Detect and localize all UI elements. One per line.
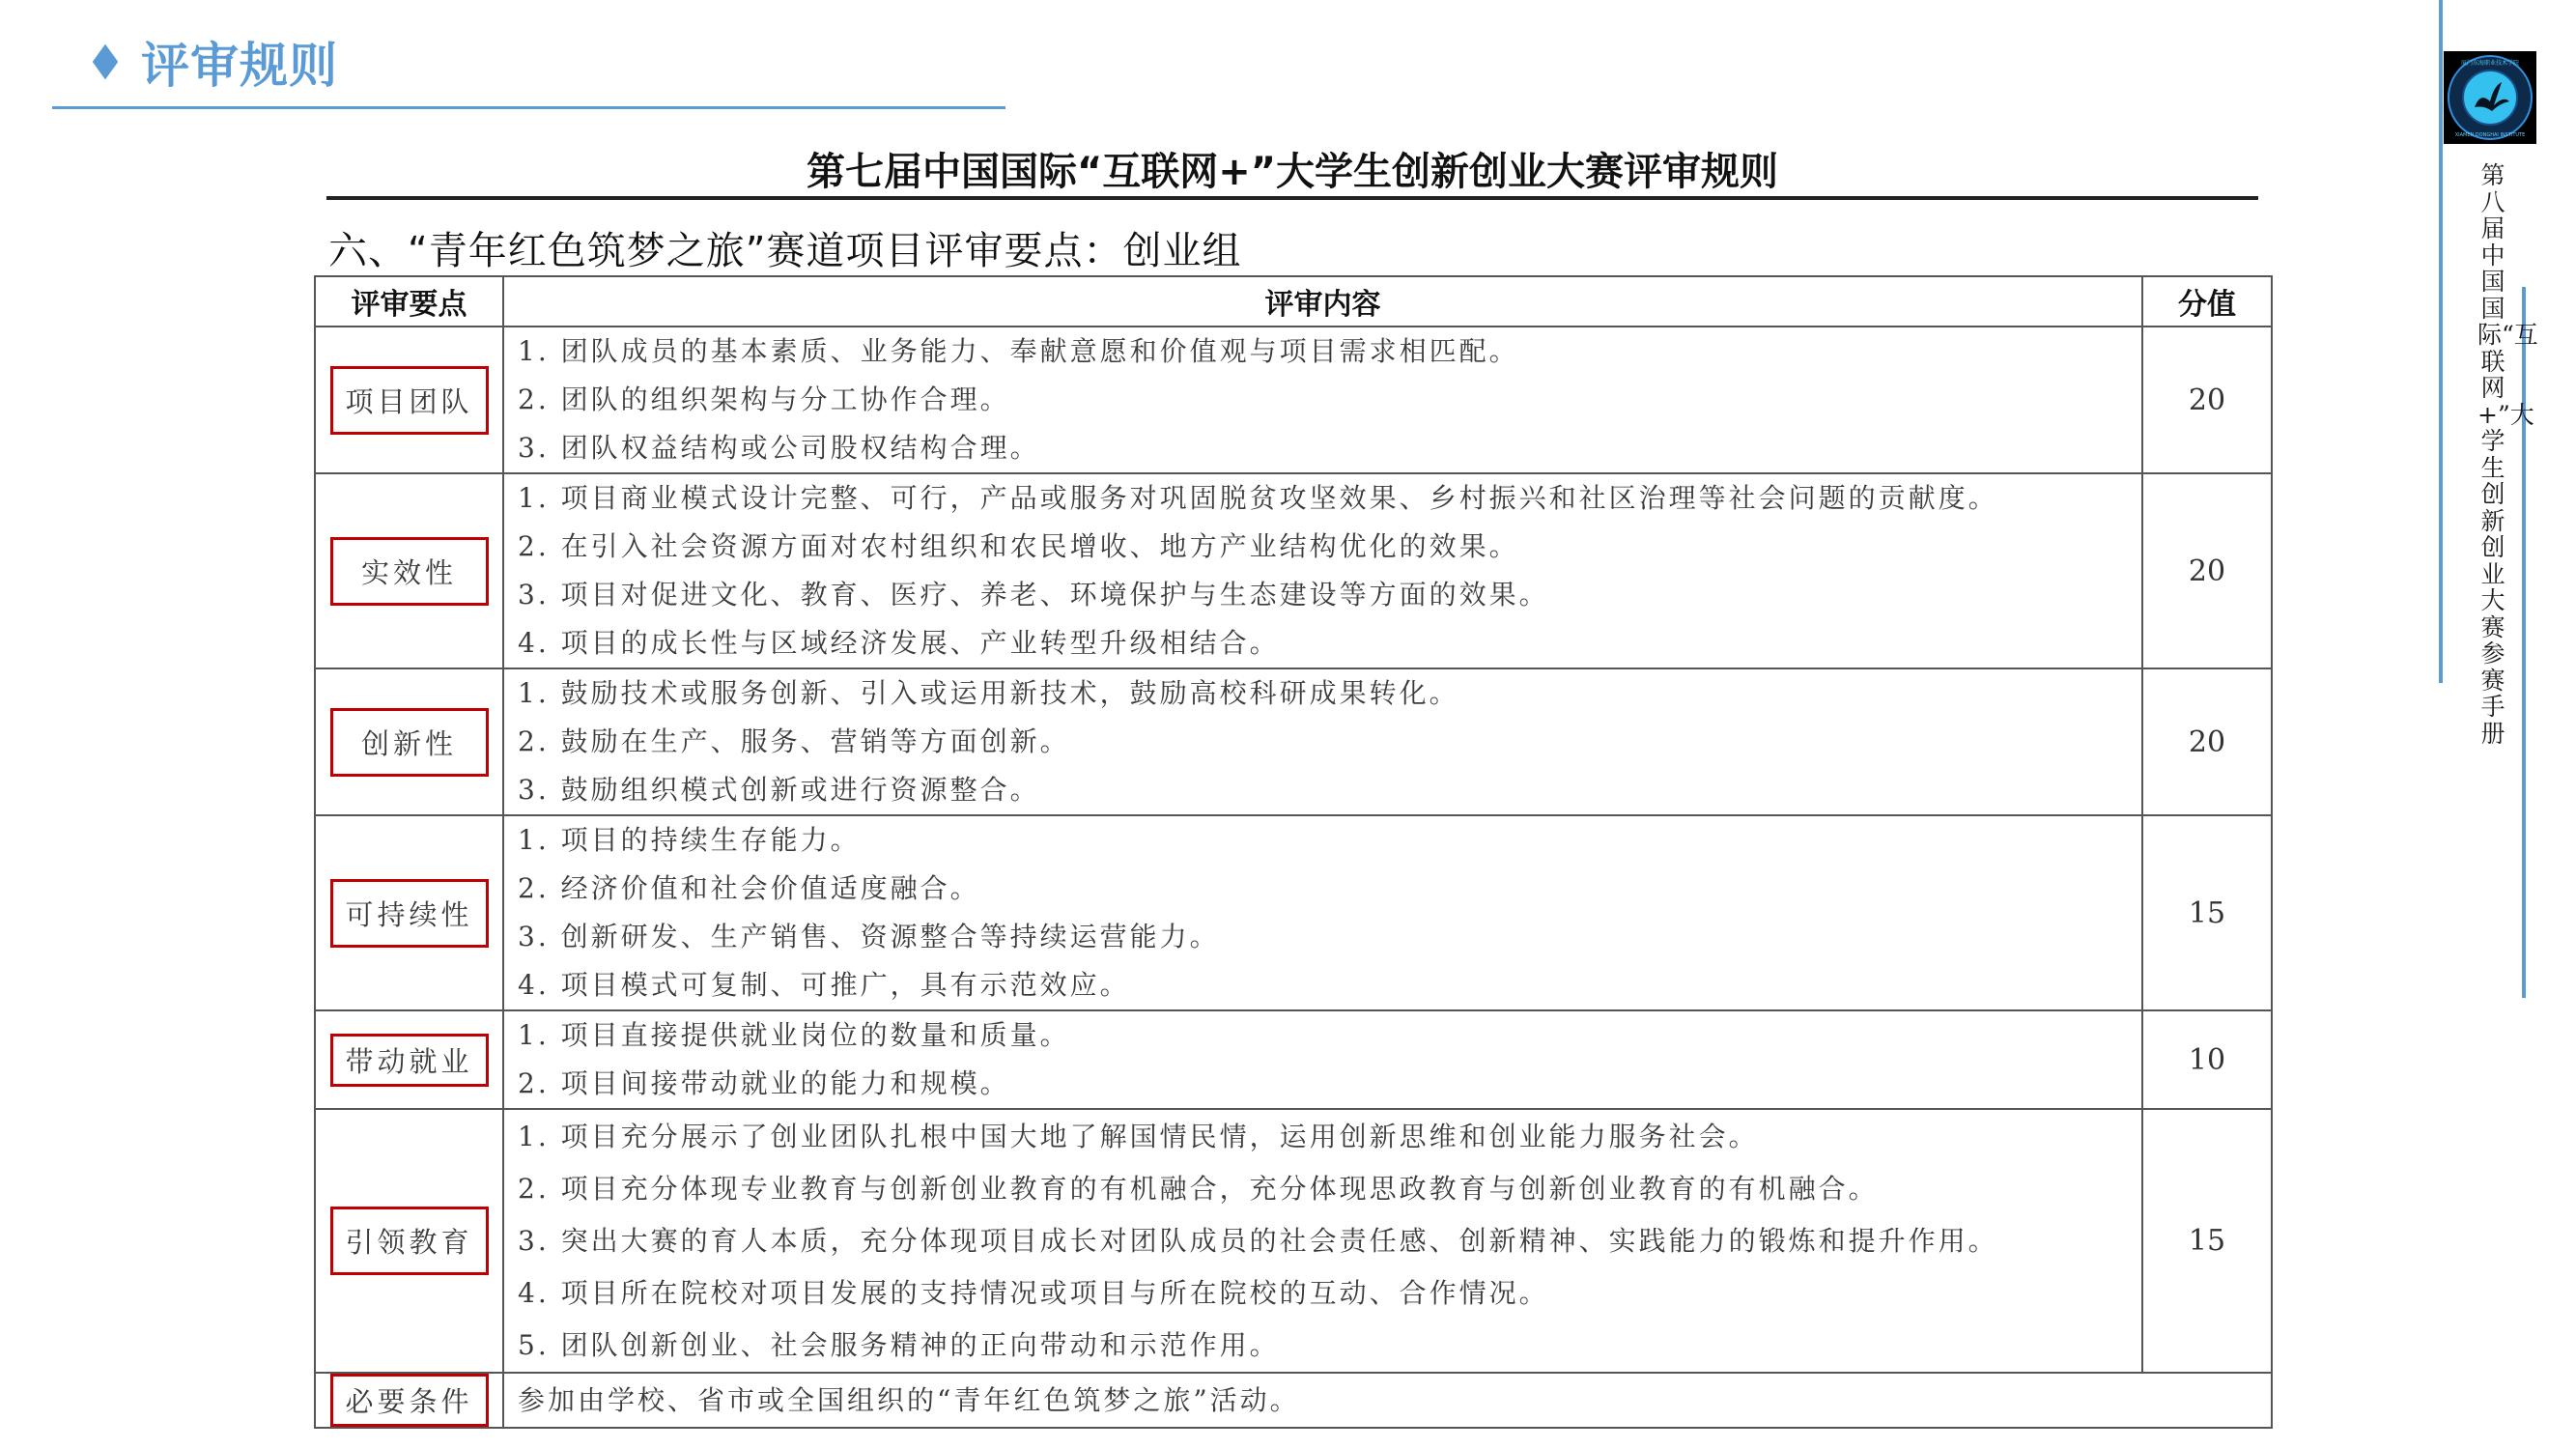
table-row: 项目团队 1. 团队成员的基本素质、业务能力、奉献意愿和价值观与项目需求相匹配。… — [315, 327, 2272, 473]
criteria-item: 2. 鼓励在生产、服务、营销等方面创新。 — [518, 718, 2128, 766]
criteria-item: 4. 项目模式可复制、可推广，具有示范效应。 — [518, 961, 2128, 1009]
criteria-item: 1. 项目充分展示了创业团队扎根中国大地了解国情民情，运用创新思维和创业能力服务… — [518, 1111, 2128, 1163]
document-title-rule — [326, 196, 2258, 200]
school-logo: 厦门东海职业技术学院 XIAMEN DONGHAI INSTITUTE — [2444, 51, 2536, 144]
review-point-cell: 创新性 — [315, 668, 503, 815]
header-score: 分值 — [2142, 276, 2272, 327]
svg-text:XIAMEN DONGHAI INSTITUTE: XIAMEN DONGHAI INSTITUTE — [2455, 132, 2526, 138]
review-content-cell: 1. 项目商业模式设计完整、可行，产品或服务对巩固脱贫攻坚效果、乡村振兴和社区治… — [503, 473, 2142, 668]
review-point-cell: 带动就业 — [315, 1010, 503, 1109]
review-point-cell: 实效性 — [315, 473, 503, 668]
review-point-cell: 必要条件 — [315, 1373, 503, 1428]
review-point-label: 引领教育 — [330, 1207, 489, 1275]
review-point-cell: 可持续性 — [315, 815, 503, 1010]
score-cell: 20 — [2142, 473, 2272, 668]
review-content-cell: 1. 鼓励技术或服务创新、引入或运用新技术，鼓励高校科研成果转化。 2. 鼓励在… — [503, 668, 2142, 815]
document-subtitle: 六、“青年红色筑梦之旅”赛道项目评审要点：创业组 — [328, 220, 1241, 275]
criteria-item: 2. 团队的组织架构与分工协作合理。 — [518, 376, 2128, 424]
header-review-point: 评审要点 — [315, 276, 503, 327]
criteria-item: 4. 项目的成长性与区域经济发展、产业转型升级相结合。 — [518, 619, 2128, 668]
criteria-item: 参加由学校、省市或全国组织的“青年红色筑梦之旅”活动。 — [518, 1377, 2257, 1425]
criteria-item: 3. 鼓励组织模式创新或进行资源整合。 — [518, 766, 2128, 814]
handbook-vertical-title: 第八届中国国际“互联网+”大学生创新创业大赛参赛手册 — [2477, 162, 2508, 747]
school-emblem-icon: 厦门东海职业技术学院 XIAMEN DONGHAI INSTITUTE — [2446, 53, 2534, 142]
score-cell: 15 — [2142, 1109, 2272, 1373]
sidebar-divider-left — [2439, 0, 2443, 683]
review-content-cell: 1. 项目充分展示了创业团队扎根中国大地了解国情民情，运用创新思维和创业能力服务… — [503, 1109, 2142, 1373]
review-point-cell: 项目团队 — [315, 327, 503, 473]
review-rules-table: 评审要点 评审内容 分值 项目团队 1. 团队成员的基本素质、业务能力、奉献意愿… — [314, 275, 2273, 1429]
criteria-item: 3. 创新研发、生产销售、资源整合等持续运营能力。 — [518, 913, 2128, 961]
review-point-label: 项目团队 — [330, 366, 489, 435]
score-cell: 15 — [2142, 815, 2272, 1010]
review-content-cell: 参加由学校、省市或全国组织的“青年红色筑梦之旅”活动。 — [503, 1373, 2272, 1428]
criteria-item: 2. 经济价值和社会价值适度融合。 — [518, 865, 2128, 913]
criteria-item: 2. 项目充分体现专业教育与创新创业教育的有机融合，充分体现思政教育与创新创业教… — [518, 1163, 2128, 1215]
review-content-cell: 1. 项目直接提供就业岗位的数量和质量。 2. 项目间接带动就业的能力和规模。 — [503, 1010, 2142, 1109]
header-review-content: 评审内容 — [503, 276, 2142, 327]
document-title: 第七届中国国际“互联网+”大学生创新创业大赛评审规则 — [326, 141, 2258, 196]
table-row: 带动就业 1. 项目直接提供就业岗位的数量和质量。 2. 项目间接带动就业的能力… — [315, 1010, 2272, 1109]
criteria-item: 1. 鼓励技术或服务创新、引入或运用新技术，鼓励高校科研成果转化。 — [518, 669, 2128, 718]
review-point-label: 实效性 — [330, 537, 489, 606]
review-point-cell: 引领教育 — [315, 1109, 503, 1373]
criteria-item: 3. 突出大赛的育人本质，充分体现项目成长对团队成员的社会责任感、创新精神、实践… — [518, 1215, 2128, 1267]
diamond-bullet-icon — [93, 44, 118, 80]
section-header: 评审规则 — [89, 27, 338, 97]
score-cell: 10 — [2142, 1010, 2272, 1109]
table-row: 引领教育 1. 项目充分展示了创业团队扎根中国大地了解国情民情，运用创新思维和创… — [315, 1109, 2272, 1373]
table-row: 创新性 1. 鼓励技术或服务创新、引入或运用新技术，鼓励高校科研成果转化。 2.… — [315, 668, 2272, 815]
review-point-label: 创新性 — [330, 708, 489, 777]
review-content-cell: 1. 团队成员的基本素质、业务能力、奉献意愿和价值观与项目需求相匹配。 2. 团… — [503, 327, 2142, 473]
section-title: 评审规则 — [141, 27, 338, 97]
criteria-item: 3. 项目对促进文化、教育、医疗、养老、环境保护与生态建设等方面的效果。 — [518, 571, 2128, 619]
criteria-item: 2. 在引入社会资源方面对农村组织和农民增收、地方产业结构优化的效果。 — [518, 523, 2128, 571]
table-row: 可持续性 1. 项目的持续生存能力。 2. 经济价值和社会价值适度融合。 3. … — [315, 815, 2272, 1010]
score-cell: 20 — [2142, 668, 2272, 815]
criteria-item: 5. 团队创新创业、社会服务精神的正向带动和示范作用。 — [518, 1320, 2128, 1372]
criteria-item: 3. 团队权益结构或公司股权结构合理。 — [518, 424, 2128, 472]
review-point-label: 必要条件 — [330, 1374, 489, 1427]
header-divider — [52, 106, 1005, 109]
criteria-item: 1. 项目商业模式设计完整、可行，产品或服务对巩固脱贫攻坚效果、乡村振兴和社区治… — [518, 474, 2128, 523]
sidebar-divider-right — [2522, 287, 2526, 998]
criteria-item: 2. 项目间接带动就业的能力和规模。 — [518, 1060, 2128, 1108]
criteria-item: 1. 项目直接提供就业岗位的数量和质量。 — [518, 1011, 2128, 1060]
table-row: 必要条件 参加由学校、省市或全国组织的“青年红色筑梦之旅”活动。 — [315, 1373, 2272, 1428]
table-row: 实效性 1. 项目商业模式设计完整、可行，产品或服务对巩固脱贫攻坚效果、乡村振兴… — [315, 473, 2272, 668]
review-point-label: 带动就业 — [330, 1034, 489, 1087]
svg-text:厦门东海职业技术学院: 厦门东海职业技术学院 — [2461, 59, 2519, 67]
criteria-item: 1. 项目的持续生存能力。 — [518, 816, 2128, 865]
criteria-item: 4. 项目所在院校对项目发展的支持情况或项目与所在院校的互动、合作情况。 — [518, 1267, 2128, 1320]
criteria-item: 1. 团队成员的基本素质、业务能力、奉献意愿和价值观与项目需求相匹配。 — [518, 327, 2128, 376]
review-point-label: 可持续性 — [330, 879, 489, 948]
review-content-cell: 1. 项目的持续生存能力。 2. 经济价值和社会价值适度融合。 3. 创新研发、… — [503, 815, 2142, 1010]
score-cell: 20 — [2142, 327, 2272, 473]
table-header-row: 评审要点 评审内容 分值 — [315, 276, 2272, 327]
